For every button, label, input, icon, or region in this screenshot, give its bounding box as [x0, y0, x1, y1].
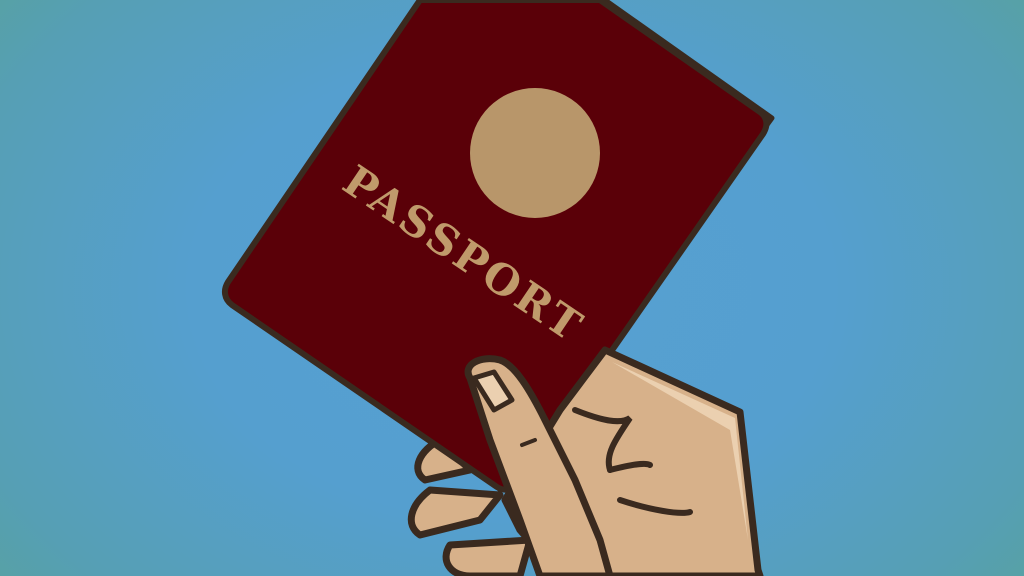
illustration: PASSPORT — [0, 0, 1024, 576]
passport-emblem — [470, 88, 600, 218]
